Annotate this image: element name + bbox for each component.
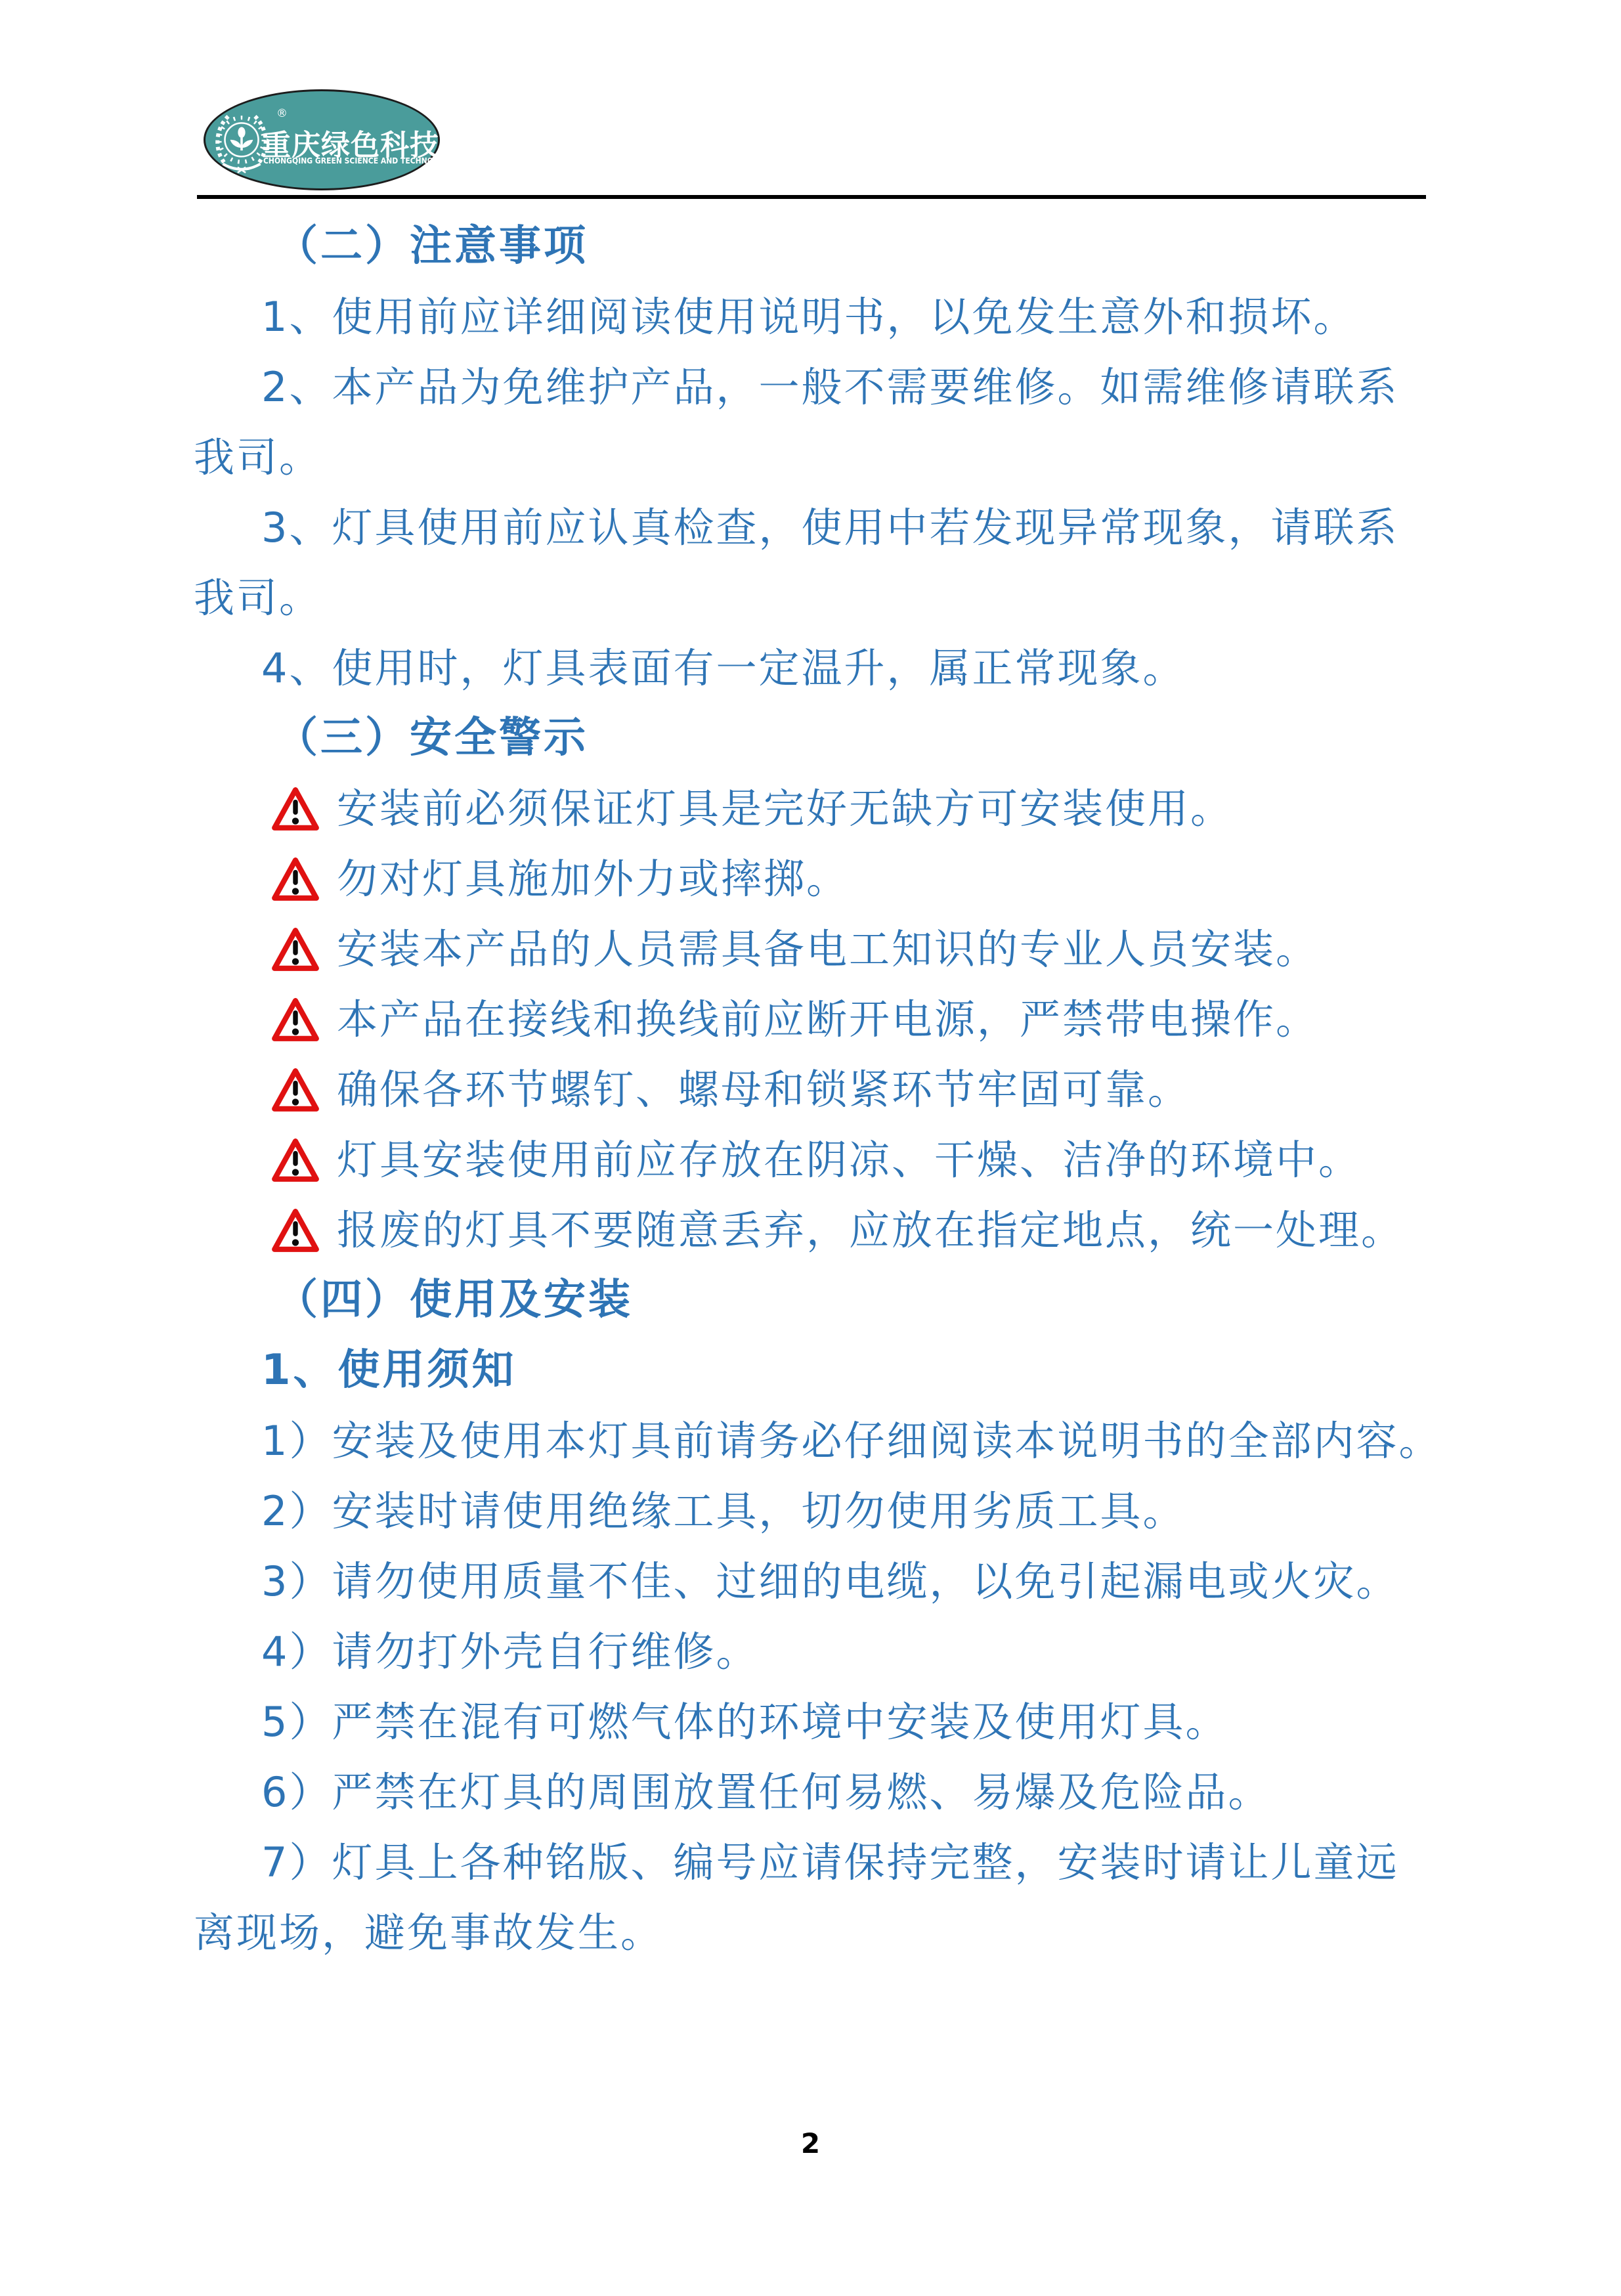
list-item: 4、使用时，灯具表面有一定温升，属正常现象。 <box>194 633 1435 703</box>
warning-text: 本产品在接线和换线前应断开电源，严禁带电操作。 <box>337 984 1318 1054</box>
warning-item: 安装前必须保证灯具是完好无缺方可安装使用。 <box>194 773 1435 844</box>
page-number: 2 <box>0 2127 1621 2159</box>
manual-page: ® 重庆绿色科技 CHONGQING GREEN SCIENCE AND TEC… <box>0 0 1621 2296</box>
warning-item: 安装本产品的人员需具备电工知识的专业人员安装。 <box>194 914 1435 984</box>
list-item: 7）灯具上各种铭版、编号应请保持完整，安装时请让儿童远 <box>194 1827 1435 1897</box>
warning-text: 安装本产品的人员需具备电工知识的专业人员安装。 <box>337 914 1318 984</box>
continuation-line: 我司。 <box>194 563 1435 633</box>
list-item: 5）严禁在混有可燃气体的环境中安装及使用灯具。 <box>194 1687 1435 1757</box>
warning-item: 勿对灯具施加外力或摔掷。 <box>194 844 1435 914</box>
warning-triangle-icon <box>271 992 320 1047</box>
warning-text: 报废的灯具不要随意丢弃，应放在指定地点，统一处理。 <box>337 1195 1404 1265</box>
section-heading: （二）注意事项 <box>194 211 1435 282</box>
list-item: 2、本产品为免维护产品，一般不需要维修。如需维修请联系 <box>194 352 1435 422</box>
warning-text: 安装前必须保证灯具是完好无缺方可安装使用。 <box>337 773 1233 844</box>
warning-text: 勿对灯具施加外力或摔掷。 <box>337 844 849 914</box>
list-item: 1、使用前应详细阅读使用说明书，以免发生意外和损坏。 <box>194 282 1435 352</box>
list-item: 3、灯具使用前应认真检查，使用中若发现异常现象，请联系 <box>194 492 1435 563</box>
warning-triangle-icon <box>271 781 320 836</box>
warning-triangle-icon <box>271 1062 320 1117</box>
registered-trademark-icon: ® <box>276 107 288 120</box>
list-item: 3）请勿使用质量不佳、过细的电缆，以免引起漏电或火灾。 <box>194 1546 1435 1616</box>
section-heading: （三）安全警示 <box>194 703 1435 773</box>
warning-item: 灯具安装使用前应存放在阴凉、干燥、洁净的环境中。 <box>194 1125 1435 1195</box>
list-item: 6）严禁在灯具的周围放置任何易燃、易爆及危险品。 <box>194 1757 1435 1827</box>
list-item: 4）请勿打外壳自行维修。 <box>194 1616 1435 1687</box>
document-body: （二）注意事项 1、使用前应详细阅读使用说明书，以免发生意外和损坏。 2、本产品… <box>194 211 1435 1968</box>
section-heading: （四）使用及安装 <box>194 1265 1435 1335</box>
warning-item: 确保各环节螺钉、螺母和锁紧环节牢固可靠。 <box>194 1054 1435 1125</box>
continuation-line: 我司。 <box>194 422 1435 492</box>
company-logo: ® 重庆绿色科技 CHONGQING GREEN SCIENCE AND TEC… <box>204 89 440 190</box>
logo-company-name-en: CHONGQING GREEN SCIENCE AND TECHNOLOG <box>263 156 449 165</box>
header-divider <box>197 195 1426 199</box>
warning-triangle-icon <box>271 1133 320 1188</box>
continuation-line: 离现场，避免事故发生。 <box>194 1897 1435 1968</box>
list-item: 1）安装及使用本灯具前请务必仔细阅读本说明书的全部内容。 <box>194 1406 1435 1476</box>
warning-triangle-icon <box>271 922 320 977</box>
sub-heading: 1、使用须知 <box>194 1335 1435 1406</box>
list-item: 2）安装时请使用绝缘工具，切勿使用劣质工具。 <box>194 1476 1435 1546</box>
warning-item: 本产品在接线和换线前应断开电源，严禁带电操作。 <box>194 984 1435 1054</box>
warning-triangle-icon <box>271 852 320 907</box>
warning-text: 灯具安装使用前应存放在阴凉、干燥、洁净的环境中。 <box>337 1125 1361 1195</box>
warning-item: 报废的灯具不要随意丢弃，应放在指定地点，统一处理。 <box>194 1195 1435 1265</box>
warning-text: 确保各环节螺钉、螺母和锁紧环节牢固可靠。 <box>337 1054 1190 1125</box>
warning-triangle-icon <box>271 1203 320 1258</box>
